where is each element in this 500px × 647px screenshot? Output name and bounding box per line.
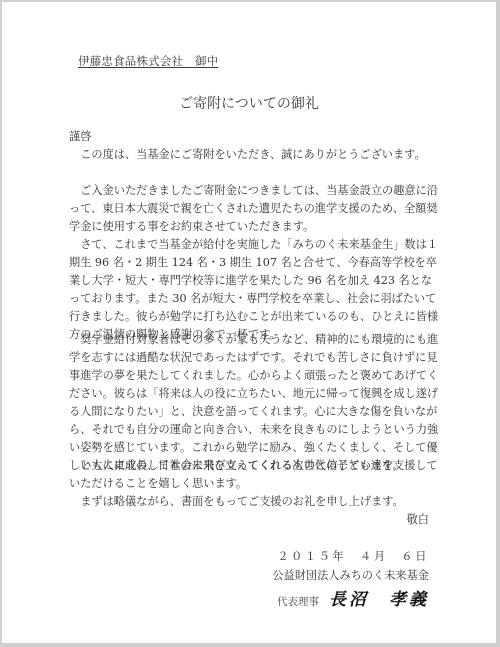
paragraph: この度は、当基金にご寄附をいただき、誠にありがとうございます。 [69,146,439,164]
signature-block: 代表理事 長沼 孝義 [277,585,429,610]
paragraph-closing: まずは略儀ながら、書面をもってご支援のお礼を申し上げます。 [69,493,439,511]
addressee: 伊藤忠食品株式会社 御中 [78,53,218,69]
signer-role: 代表理事 [277,594,319,609]
paragraph: 奨学金給付対象者はその多くが家も失うなど、精神的にも環境的にも進学を志すには過酷… [69,331,439,475]
paragraph: さて、これまで当基金が給付を実施した「みちのく未来基金生」数は１期生 96 名・… [69,236,439,344]
signer-name: 長沼 孝義 [329,585,429,610]
paragraph: まずは略儀ながら、書面をもってご支援のお礼を申し上げます。 [69,493,439,511]
paragraph-thanks: この度は、当基金にご寄附をいただき、誠にありがとうございます。 [69,146,439,164]
paragraph-recipients: 奨学金給付対象者はその多くが家も失うなど、精神的にも環境的にも進学を志すには過酷… [69,331,439,475]
paragraph-usage: ご入金いただきましたご寄附金につきましては、当基金設立の趣意に沿って、東日本大震… [69,182,439,236]
letter-date: ２０１５年 ４月 ６日 [277,548,429,564]
paragraph: ご入金いただきましたご寄附金につきましては、当基金設立の趣意に沿って、東日本大震… [69,182,439,236]
closing-keihaku: 敬白 [407,511,429,529]
organization-name: 公益財団法人みちのく未来基金 [272,567,429,583]
salutation: 謹啓 [69,128,91,146]
letter-page: 伊藤忠食品株式会社 御中 ご寄附についての御礼 謹啓 この度は、当基金にご寄附を… [0,0,500,647]
paragraph-support: ともに東北の、日本の未来を支えてくれる次世代の子ども達を支援していただけることを… [69,457,439,493]
paragraph-scholars: さて、これまで当基金が給付を実施した「みちのく未来基金生」数は１期生 96 名・… [69,236,439,344]
paragraph: ともに東北の、日本の未来を支えてくれる次世代の子ども達を支援していただけることを… [69,457,439,493]
letter-title: ご寄附についての御礼 [2,93,496,113]
